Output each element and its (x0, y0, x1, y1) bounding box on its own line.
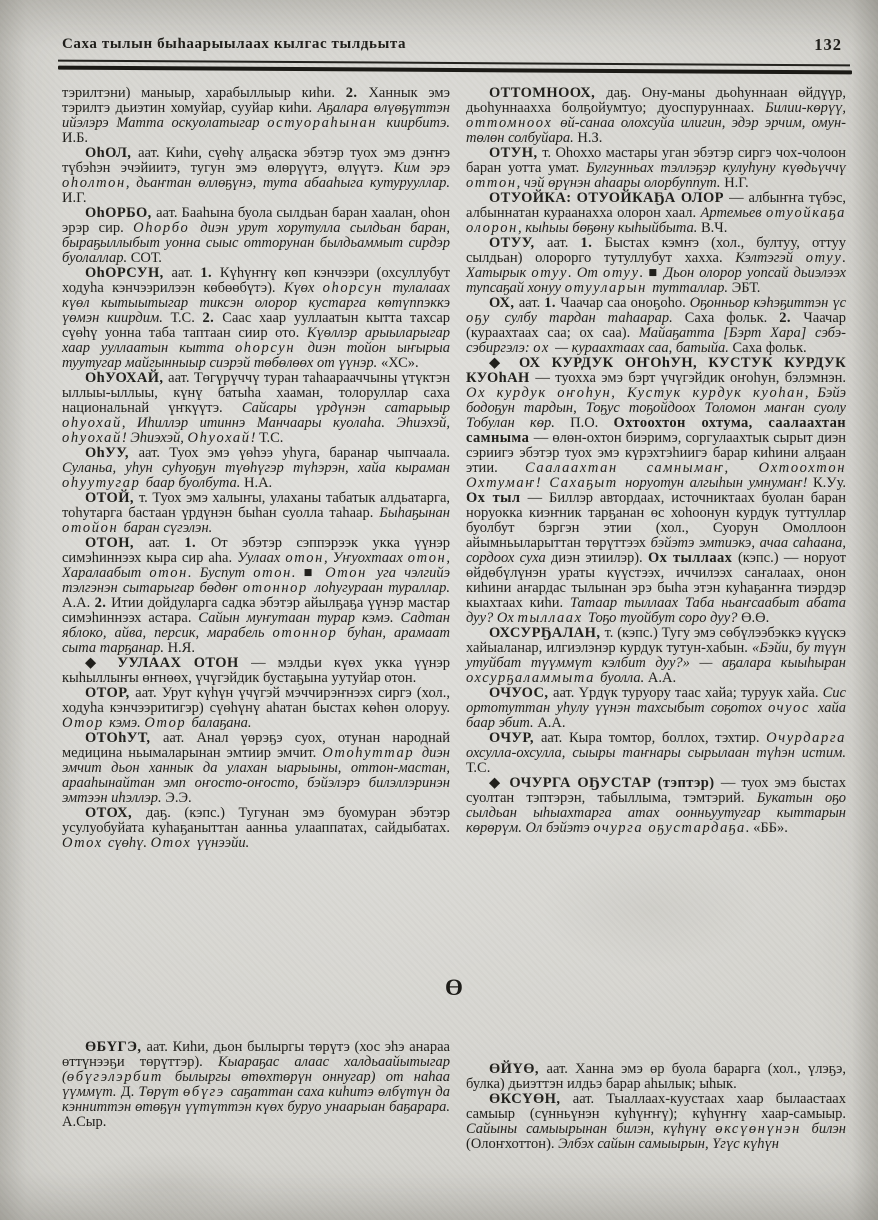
text-run: аат. (172, 265, 201, 281)
text-run: охсурҕаламмыта (466, 670, 600, 686)
right-column-o-section: ОТТОМНООХ, даҕ. Ону-маны дьоһуннаан өйдү… (466, 86, 846, 836)
text-run: Н.З. (577, 130, 602, 146)
text-run: — кураахтаах саа, батыйа. (555, 340, 732, 356)
text-run: кэмэ. (109, 715, 144, 731)
text-run: оттомноох (466, 115, 560, 131)
text-run: Н.Я. (168, 640, 195, 656)
text-run: ОТОХ, (85, 805, 146, 821)
page-header: Саха тылын быһаарыылаах кылгас тылдьыта … (62, 36, 848, 60)
text-run: ◆ ОЧУРГА ОҔУСТАР (тэптэр) (489, 775, 721, 791)
text-run: Н.А. (244, 475, 272, 491)
text-run: лоһугураан тураллар. (315, 580, 450, 596)
dictionary-entry: ӨЙҮӨ, аат. Ханна эмэ өр буола барарга (х… (466, 1062, 846, 1092)
dictionary-entry: ОЧУОС, аат. Үрдүк туруору таас хайа; тур… (466, 686, 846, 731)
text-run: өксүөнүнэн (715, 1121, 811, 1137)
text-run: норуотун алгыһын умнумаҥ! (625, 475, 813, 491)
text-run: очуос (768, 700, 818, 716)
text-run: Т.С. (259, 430, 283, 446)
text-run: , чэй өрүнэн аһаары олорбуппут. (517, 175, 725, 191)
text-run: 2. (346, 85, 369, 101)
text-run: ! (251, 430, 259, 446)
dictionary-entry: ӨКСҮӨН, аат. Тыаллаах-куустаах хаар была… (466, 1092, 846, 1152)
text-run: отоннор (272, 625, 347, 641)
text-run: оҕу (466, 310, 505, 326)
text-run: буолла. (600, 670, 648, 686)
text-run: ■ (304, 565, 325, 581)
text-run: 1. (544, 295, 560, 311)
dictionary-entry: ӨБҮГЭ, аат. Киһи, дьон былыргы төрүтэ (х… (62, 1040, 450, 1130)
text-run: ОТОһУТ, (85, 730, 163, 746)
text-run: Отох (151, 835, 197, 851)
text-run: диэн этиилэр). (551, 550, 648, 566)
text-run: отон (253, 565, 292, 581)
text-run: охсулла-охсулла, сыыры таҥнары сырылаан … (466, 745, 846, 761)
text-run: тэрилтэни) маныыр, харабыллыыр киһи. (62, 85, 346, 101)
dictionary-entry: ОТУОЙКА: ОТУОЙКАҔА ОЛОР — албыҥҥа түбэс,… (466, 191, 846, 236)
text-run: оһуохай (62, 430, 122, 446)
dictionary-entry: ОТУН, т. Оһоххо мастары уган эбэтэр сирг… (466, 146, 846, 191)
text-run: 1. (581, 235, 605, 251)
dictionary-entry: ОХСУРҔАЛАН, т. (кэпс.) Тугу эмэ сөбүлээб… (466, 626, 846, 686)
text-run: СОТ. (131, 250, 162, 266)
text-run: Быһаҕынан (379, 505, 450, 521)
text-run: ОТУОЙКА: ОТУОЙКАҔА ОЛОР (489, 190, 729, 206)
text-run: А.А. (537, 715, 565, 731)
running-title: Саха тылын быһаарыылаах кылгас тылдьыта (62, 36, 406, 53)
dictionary-entry: ОһУУ, аат. Туох эмэ үөһээ уһуга, баранар… (62, 446, 450, 491)
text-run: ОһОЛ, (85, 145, 138, 161)
text-run: А.А. (648, 670, 676, 686)
text-run: Артемьев (701, 205, 766, 221)
text-run: . Буспут (188, 565, 253, 581)
text-run: «ХС». (381, 355, 419, 371)
text-run: , дьаҥтан өллөҕүнэ, тута абааһыга кутуру… (126, 175, 450, 191)
text-run: Оһуохай (188, 430, 251, 446)
dictionary-entry: ОТОХ, даҕ. (кэпс.) Тугунан эмэ буомуран … (62, 806, 450, 851)
text-run: отойон (62, 520, 124, 536)
text-run: ! Эһиэхэй, (122, 430, 188, 446)
text-run: 2. (203, 310, 223, 326)
left-column-oe-section: ӨБҮГЭ, аат. Киһи, дьон былыргы төрүтэ (х… (62, 1040, 450, 1130)
page-number: 132 (814, 35, 842, 55)
text-run: Ө.Ө. (741, 610, 769, 626)
text-run: отуу (531, 265, 568, 281)
text-run: тыллаах (517, 610, 587, 626)
text-run: Ох курдук оҥоһун, Кустук курдук куоһан (466, 385, 805, 401)
text-run: аат. Кыра томтор, боллох, тэхтир. (541, 730, 766, 746)
right-column-oe-section: ӨЙҮӨ, аат. Ханна эмэ өр буола барарга (х… (466, 1062, 846, 1152)
text-run: , кыһыы бөҕөну кыһыйбыта. (518, 220, 701, 236)
text-run: отоннор (243, 580, 315, 596)
text-run: Н.Г. (724, 175, 748, 191)
text-run: — туохха эмэ бэрт үчүгэйдик оҥоһун, бэлэ… (535, 370, 846, 386)
text-run: Отох (62, 835, 108, 851)
text-run: . От (568, 265, 603, 281)
dictionary-entry: ОЧУР, аат. Кыра томтор, боллох, тэхтир. … (466, 731, 846, 776)
text-run: отон (408, 550, 447, 566)
dictionary-entry: ◆ УУЛААХ ОТОН — мэлдьи күөх укка үүнэр к… (62, 656, 450, 686)
text-run: ◆ УУЛААХ ОТОН (85, 655, 251, 671)
dictionary-entry: ОТОР, аат. Урут күһүн үчүгэй мэччирэҥнээ… (62, 686, 450, 731)
text-run: ОТОН, (85, 535, 149, 551)
text-run: Очурдарга (766, 730, 846, 746)
text-run: , Уҥуохтаах (324, 550, 408, 566)
dictionary-entry: ОһУОХАЙ, аат. Төгүрүччү туран таһаараачч… (62, 371, 450, 446)
text-run: ОТТОМНООХ, (489, 85, 606, 101)
text-run: үүнээйи. (197, 835, 250, 851)
text-run: отон (285, 550, 324, 566)
text-run: оһуутугар (62, 475, 146, 491)
text-run: , Иһиллэр итиннэ Манчаары куолаһа. Эһиэх… (122, 415, 450, 431)
section-divider-letter: Ө (62, 975, 846, 1001)
text-run: Оһорбо (133, 220, 200, 236)
text-run: сулбу тардан таһаарар. (505, 310, 685, 326)
text-run: Т.С. (171, 310, 203, 326)
text-run: оттон (466, 175, 517, 191)
text-run: оһорсун (323, 280, 393, 296)
text-run: Отор (144, 715, 191, 731)
text-run: ОТУН, (489, 145, 542, 161)
text-run: киирбитэ. (386, 115, 450, 131)
text-run: «ББ». (753, 820, 788, 836)
text-run: ОХСУРҔАЛАН, (489, 625, 605, 641)
text-run: ОһОРСУН, (85, 265, 172, 281)
text-run: Оҕонньор кэһэҕиттэн үс (690, 295, 846, 311)
text-run: К.Уу. (813, 475, 846, 491)
text-run: аат. Туох эмэ үөһээ уһуга, баранар чыпча… (139, 445, 450, 461)
dictionary-entry: ◆ ОХ КУРДУК ОҤОһУН, КУСТУК КУРДУК КУОһАН… (466, 356, 846, 626)
text-run: Саха фольк. (732, 340, 806, 356)
text-run: . (292, 565, 304, 581)
text-run: ОТУУ, (489, 235, 547, 251)
text-run: ӨЙҮӨ, (489, 1061, 547, 1077)
dictionary-entry: ОТУУ, аат. 1. Быстах кэмҥэ (хол., бултуу… (466, 236, 846, 296)
text-run: Отоһуттар (322, 745, 422, 761)
text-run: аат. (547, 235, 581, 251)
text-run: Тоҕо туойбут соро дуу? (588, 610, 741, 626)
text-run: Саха фольк. (685, 310, 780, 326)
text-run: аат. (519, 295, 544, 311)
text-run: 1. (200, 265, 220, 281)
text-run: Булгунньах тэллэҕэр кулуһуну күөдьүччү (586, 160, 846, 176)
text-run: Чаачар саа оноҕоһо. (560, 295, 689, 311)
text-run: ОТОЙ, (85, 490, 139, 506)
dictionary-entry: ОТОЙ, т. Туох эмэ халыҥы, улаханы табаты… (62, 491, 450, 536)
text-run: аат. (149, 535, 185, 551)
dictionary-entry: ОһОЛ, аат. Киһи, сүөһү алҕаска эбэтэр ту… (62, 146, 450, 206)
text-run: Сайсары үрдүнэн сатарыыр (242, 400, 450, 416)
dictionary-entry: ОТТОМНООХ, даҕ. Ону-маны дьоһуннаан өйдү… (466, 86, 846, 146)
text-run: ӨКСҮӨН, (489, 1091, 573, 1107)
dictionary-entry: ОХ, аат. 1. Чаачар саа оноҕоһо. Оҕонньор… (466, 296, 846, 356)
text-run: Суланьа, уһун суһуоҕун түөһүгэр түһэрэн,… (62, 460, 450, 476)
text-run: Элбэх сайын самыырын, Үгүс күһүн (558, 1136, 779, 1152)
text-run: оһолтон (62, 175, 126, 191)
text-run: ОһОРБО, (85, 205, 156, 221)
text-run: билэн (812, 1121, 846, 1137)
text-run: аат. Үрдүк туруору таас хайа; туруук хай… (553, 685, 823, 701)
text-run: ох (533, 340, 555, 356)
dictionary-entry: ОһОРБО, аат. Бааһына буола сылдьан баран… (62, 206, 450, 266)
text-run: Күөх (284, 280, 323, 296)
text-run: 2. (779, 310, 803, 326)
text-run: өбүгэ (183, 1084, 231, 1100)
text-run: ОТОР, (85, 685, 135, 701)
text-run: Төрүт (138, 1084, 183, 1100)
text-run: Т.С. (466, 760, 490, 776)
text-run: Отон (325, 565, 377, 581)
text-run: В.Ч. (701, 220, 727, 236)
text-run: Д. (121, 1084, 139, 1100)
text-run: Уулаах (237, 550, 285, 566)
text-run: остуораһынан (267, 115, 386, 131)
text-run: И.Б. (62, 130, 88, 146)
text-run: 2. (95, 595, 111, 611)
text-run: И.Г. (62, 190, 86, 206)
text-run: ЭБТ. (732, 280, 761, 296)
text-run: сүөһү. (108, 835, 151, 851)
text-run: Кэлтэгэй (735, 250, 805, 266)
text-run: оһуохай (62, 415, 122, 431)
text-run: Ким эрэ (394, 160, 450, 176)
dictionary-entry: ОТОН, аат. 1. От эбэтэр сэппэрээк укка ү… (62, 536, 450, 656)
text-run: ■ (648, 265, 663, 281)
dictionary-entry: ◆ ОЧУРГА ОҔУСТАР (тэптэр) — туох эмэ быс… (466, 776, 846, 836)
text-run: ОһУОХАЙ, (85, 370, 168, 386)
text-run: балаҕана. (192, 715, 252, 731)
text-run: Билии-көрүү, (765, 100, 846, 116)
text-run: ОЧУОС, (489, 685, 553, 701)
text-run: А.Сыр. (62, 1114, 106, 1130)
text-run: отууларын (565, 280, 652, 296)
dictionary-entry: ОТОһУТ, аат. Анал үөрэҕэ суох, отунан на… (62, 731, 450, 806)
text-run: ӨБҮГЭ, (85, 1039, 147, 1055)
text-run: (Олоҥхоттон). (466, 1136, 558, 1152)
text-run: ОХ, (489, 295, 519, 311)
text-run: баран сүгэлэн. (124, 520, 213, 536)
text-run: Сайыны самыырынан билэн, күһүнү (466, 1121, 715, 1137)
text-run: баар буолбута. (146, 475, 244, 491)
text-run: тутталлар. (652, 280, 732, 296)
text-run: 1. (184, 535, 210, 551)
text-run: ОЧУР, (489, 730, 541, 746)
text-run: отон (149, 565, 188, 581)
dictionary-entry: ОһОРСУН, аат. 1. Күһүҥҥү көп кэнчээри (о… (62, 266, 450, 371)
text-run: очурга оҕустардаҕа (593, 820, 745, 836)
text-run: ОһУУ, (85, 445, 139, 461)
text-run: оһорсун (235, 340, 308, 356)
text-run: Ох тыл (466, 490, 528, 506)
text-run: отуу (603, 265, 640, 281)
text-run: Ох тыллаах (648, 550, 738, 566)
left-column-o-section: тэрилтэни) маныыр, харабыллыыр киһи. 2. … (62, 86, 450, 851)
text-run: өбүгэлэрбит (67, 1069, 175, 1085)
text-run: П.О. (570, 415, 613, 431)
text-run: Отор (62, 715, 109, 731)
dictionary-entry: тэрилтэни) маныыр, харабыллыыр киһи. 2. … (62, 86, 450, 146)
text-run: А.А. (62, 595, 95, 611)
text-run: отуу (806, 250, 843, 266)
text-run: Э.Э. (165, 790, 191, 806)
text-run: . (746, 820, 753, 836)
